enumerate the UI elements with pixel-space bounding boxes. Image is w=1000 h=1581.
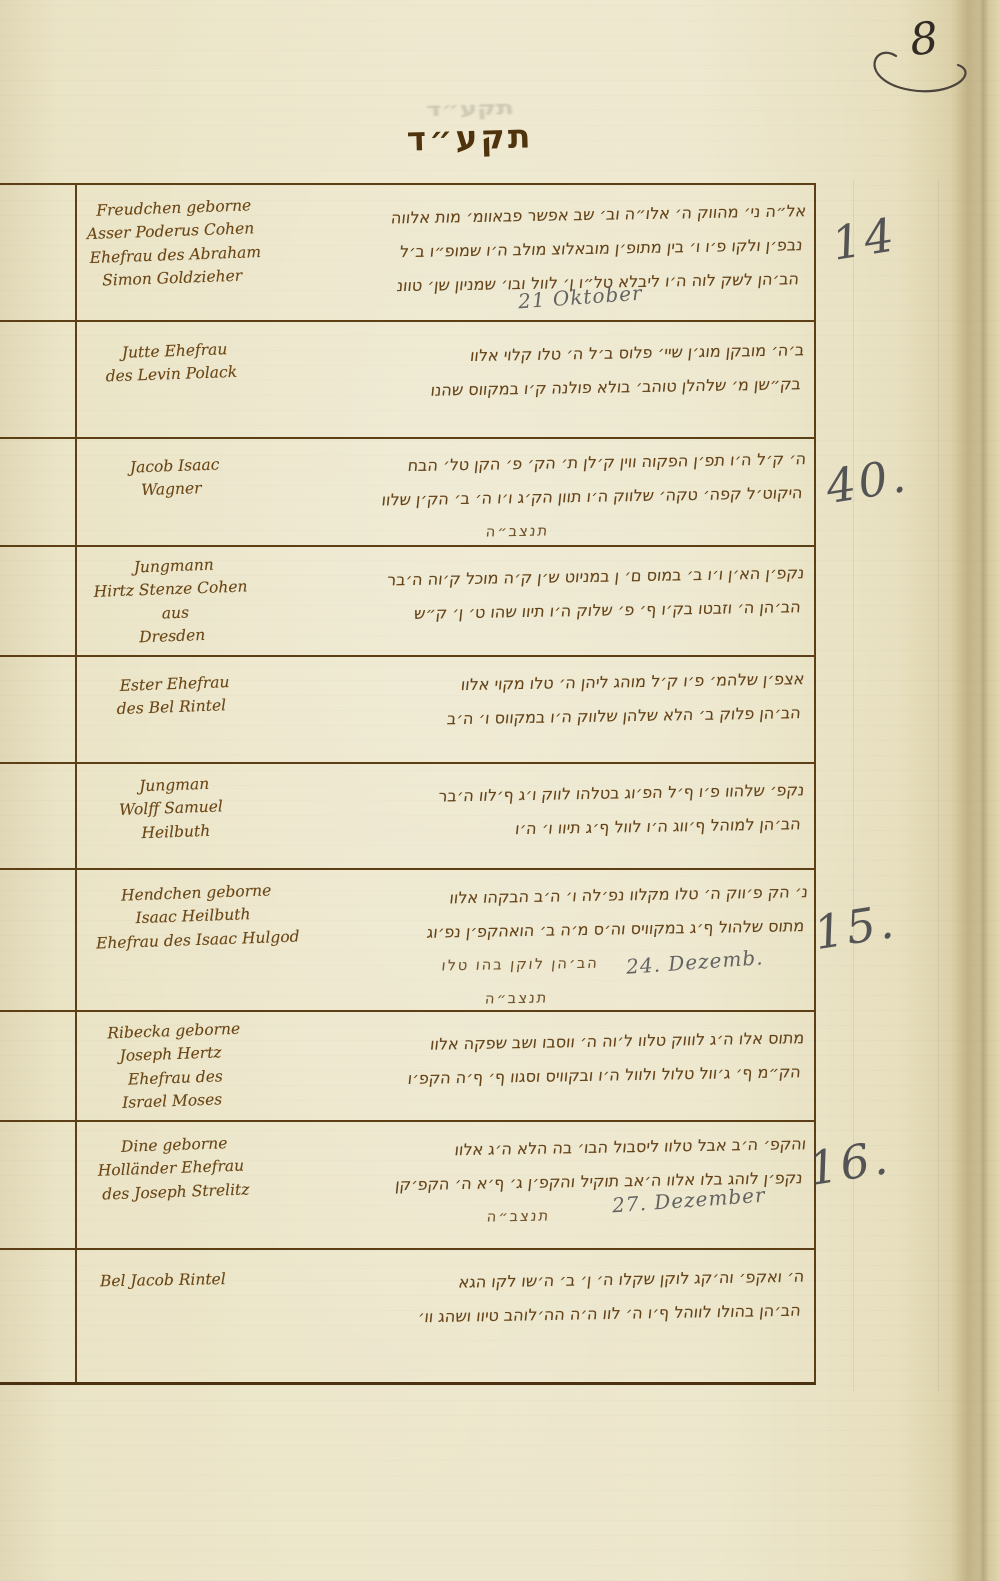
faint-ruling-line [853, 180, 854, 1391]
entry-names: Ribecka geborne Joseph Hertz Ehefrau des… [84, 1017, 265, 1116]
entry-names: Jacob Isaac Wagner [85, 452, 265, 505]
hebrew-entry-text: ה׳ ואקפ׳ וה׳קג לוקן שקלו ה׳ ן׳ ב׳ ה׳שו ל… [296, 1260, 806, 1337]
entry-names: Jutte Ehefrau des Levin Polack [85, 337, 265, 390]
hebrew-entry-text: והקפ׳ ה׳ב אבל טלוו ליסבול הבו׳ בה הלא ה׳… [236, 1127, 808, 1239]
table-row: Ester Ehefrau des Bel Rintel אצפ׳ן שלהמ׳… [0, 657, 814, 764]
register-table: Freudchen geborne Asser Poderus Cohen Eh… [0, 183, 816, 1385]
register-page: 8 תקע״ד תקע״ד Freudchen geborne Asser Po… [0, 0, 1000, 1581]
table-row: Hendchen geborne Isaac Heilbuth Ehefrau … [0, 870, 814, 1012]
hebrew-entry-text: נקפ׳ שלהוו פ׳ו ף׳ל הפ׳וג בטלהו לווק ו׳ג … [248, 773, 806, 851]
hebrew-entry-text: ה׳ ק׳ל ה׳ו תפ׳ן הפקוה ווין ק׳לן ת׳ הק׳ פ… [234, 442, 808, 554]
margin-number: 15. [810, 894, 900, 960]
entry-names: Ester Ehefrau des Bel Rintel [85, 670, 265, 723]
hebrew-entry-text: נקפ׳ן הא׳ן ו׳ו ב׳ במוס ם׳ ן במניוט ש׳ן ק… [244, 556, 806, 634]
table-row: Jungman Wolff Samuel Heilbuth נקפ׳ שלהוו… [0, 764, 814, 870]
entry-names: Jungman Wolff Samuel Heilbuth [85, 771, 265, 847]
margin-number: 16. [804, 1130, 894, 1196]
table-row: Jacob Isaac Wagner ה׳ ק׳ל ה׳ו תפ׳ן הפקוה… [0, 439, 814, 547]
entry-names: Dine geborne Holländer Ehefrau des Josep… [85, 1131, 265, 1207]
hebrew-entry-text: ב׳ה׳ מובקן מוג׳ן שיי׳ פלוס ב׳ל ה׳ טלו קל… [251, 333, 806, 411]
table-row: Jungmann Hirtz Stenze Cohen aus Dresden … [0, 547, 814, 657]
table-row: Ribecka geborne Joseph Hertz Ehefrau des… [0, 1012, 814, 1122]
name-line: Heilbuth [86, 817, 265, 846]
table-row: Freudchen geborne Asser Poderus Cohen Eh… [0, 185, 814, 322]
page-number: 8 [862, 14, 982, 98]
faint-ruling-line [938, 180, 939, 1391]
page-number-value: 8 [907, 13, 938, 66]
hebrew-year-title: תקע״ד [370, 115, 571, 159]
paper-right-edge [956, 0, 1000, 1581]
table-row: Jutte Ehefrau des Levin Polack ב׳ה׳ מובק… [0, 322, 814, 439]
table-row: Bel Jacob Rintel ה׳ ואקפ׳ וה׳קג לוקן שקל… [0, 1250, 814, 1384]
margin-number: 14 [828, 207, 900, 270]
entry-names: Jungmann Hirtz Stenze Cohen aus Dresden [84, 552, 265, 651]
hebrew-entry-text: אצפ׳ן שלהמ׳ פ׳ו ק׳ל מוהג ליהן ה׳ טלו מקו… [238, 662, 806, 740]
margin-number: 40. [822, 448, 912, 514]
hebrew-entry-text: מתוס אלו ה׳ג לוווק טלוו ל׳וה ה׳ ווסבו וש… [242, 1021, 806, 1099]
table-row: Dine geborne Holländer Ehefrau des Josep… [0, 1122, 814, 1250]
entry-names: Freudchen geborne Asser Poderus Cohen Eh… [84, 194, 265, 293]
